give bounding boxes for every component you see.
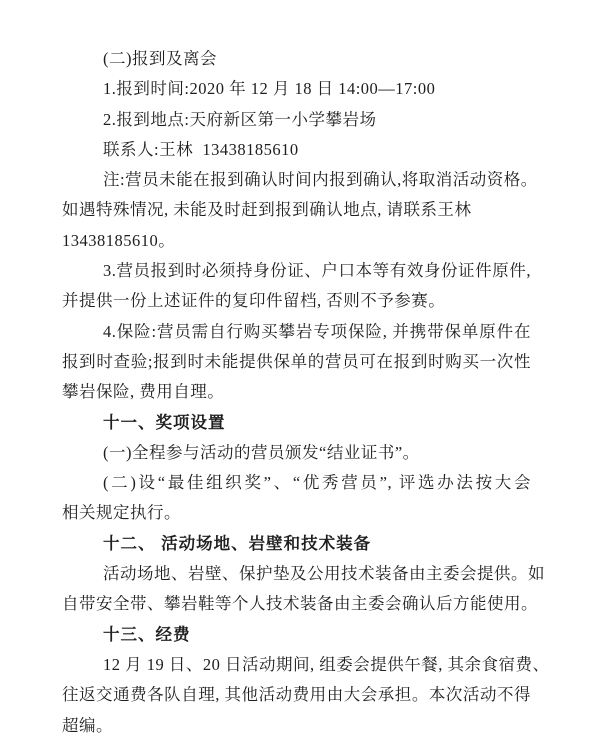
text-line: (二)设“最佳组织奖”、“优秀营员”, 评选办法按大会: [62, 468, 531, 498]
text-line: 3.营员报到时必须持身份证、户口本等有效身份证件原件,: [62, 256, 531, 286]
document-page: (二)报到及离会1.报到时间:2020 年 12 月 18 日 14:00—17…: [0, 0, 593, 754]
text-line: 2.报到地点:天府新区第一小学攀岩场: [62, 105, 531, 135]
text-line: 如遇特殊情况, 未能及时赶到报到确认地点, 请联系王林: [62, 195, 531, 225]
text-line: 超编。: [62, 711, 531, 741]
text-line: 并提供一份上述证件的复印件留档, 否则不予参赛。: [62, 286, 531, 316]
text-line: 攀岩保险, 费用自理。: [62, 377, 531, 407]
text-line: 活动场地、岩壁、保护垫及公用技术装备由主委会提供。如: [62, 559, 531, 589]
text-line: 1.报到时间:2020 年 12 月 18 日 14:00—17:00: [62, 74, 531, 104]
document-body: (二)报到及离会1.报到时间:2020 年 12 月 18 日 14:00—17…: [62, 44, 531, 741]
section-heading: 十二、 活动场地、岩壁和技术装备: [62, 529, 531, 559]
text-line: 注:营员未能在报到确认时间内报到确认,将取消活动资格。: [62, 165, 531, 195]
text-line: 4.保险:营员需自行购买攀岩专项保险, 并携带保单原件在: [62, 317, 531, 347]
text-line: 往返交通费各队自理, 其他活动费用由大会承担。本次活动不得: [62, 680, 531, 710]
text-line: 联系人:王林 13438185610: [62, 135, 531, 165]
section-heading: 十三、经费: [62, 620, 531, 650]
section-heading: 十一、奖项设置: [62, 408, 531, 438]
text-line: (一)全程参与活动的营员颁发“结业证书”。: [62, 438, 531, 468]
text-line: 自带安全带、攀岩鞋等个人技术装备由主委会确认后方能使用。: [62, 589, 531, 619]
text-line: 相关规定执行。: [62, 498, 531, 528]
text-line: 13438185610。: [62, 226, 531, 256]
text-line: (二)报到及离会: [62, 44, 531, 74]
text-line: 报到时查验;报到时未能提供保单的营员可在报到时购买一次性: [62, 347, 531, 377]
text-line: 12 月 19 日、20 日活动期间, 组委会提供午餐, 其余食宿费、: [62, 650, 531, 680]
